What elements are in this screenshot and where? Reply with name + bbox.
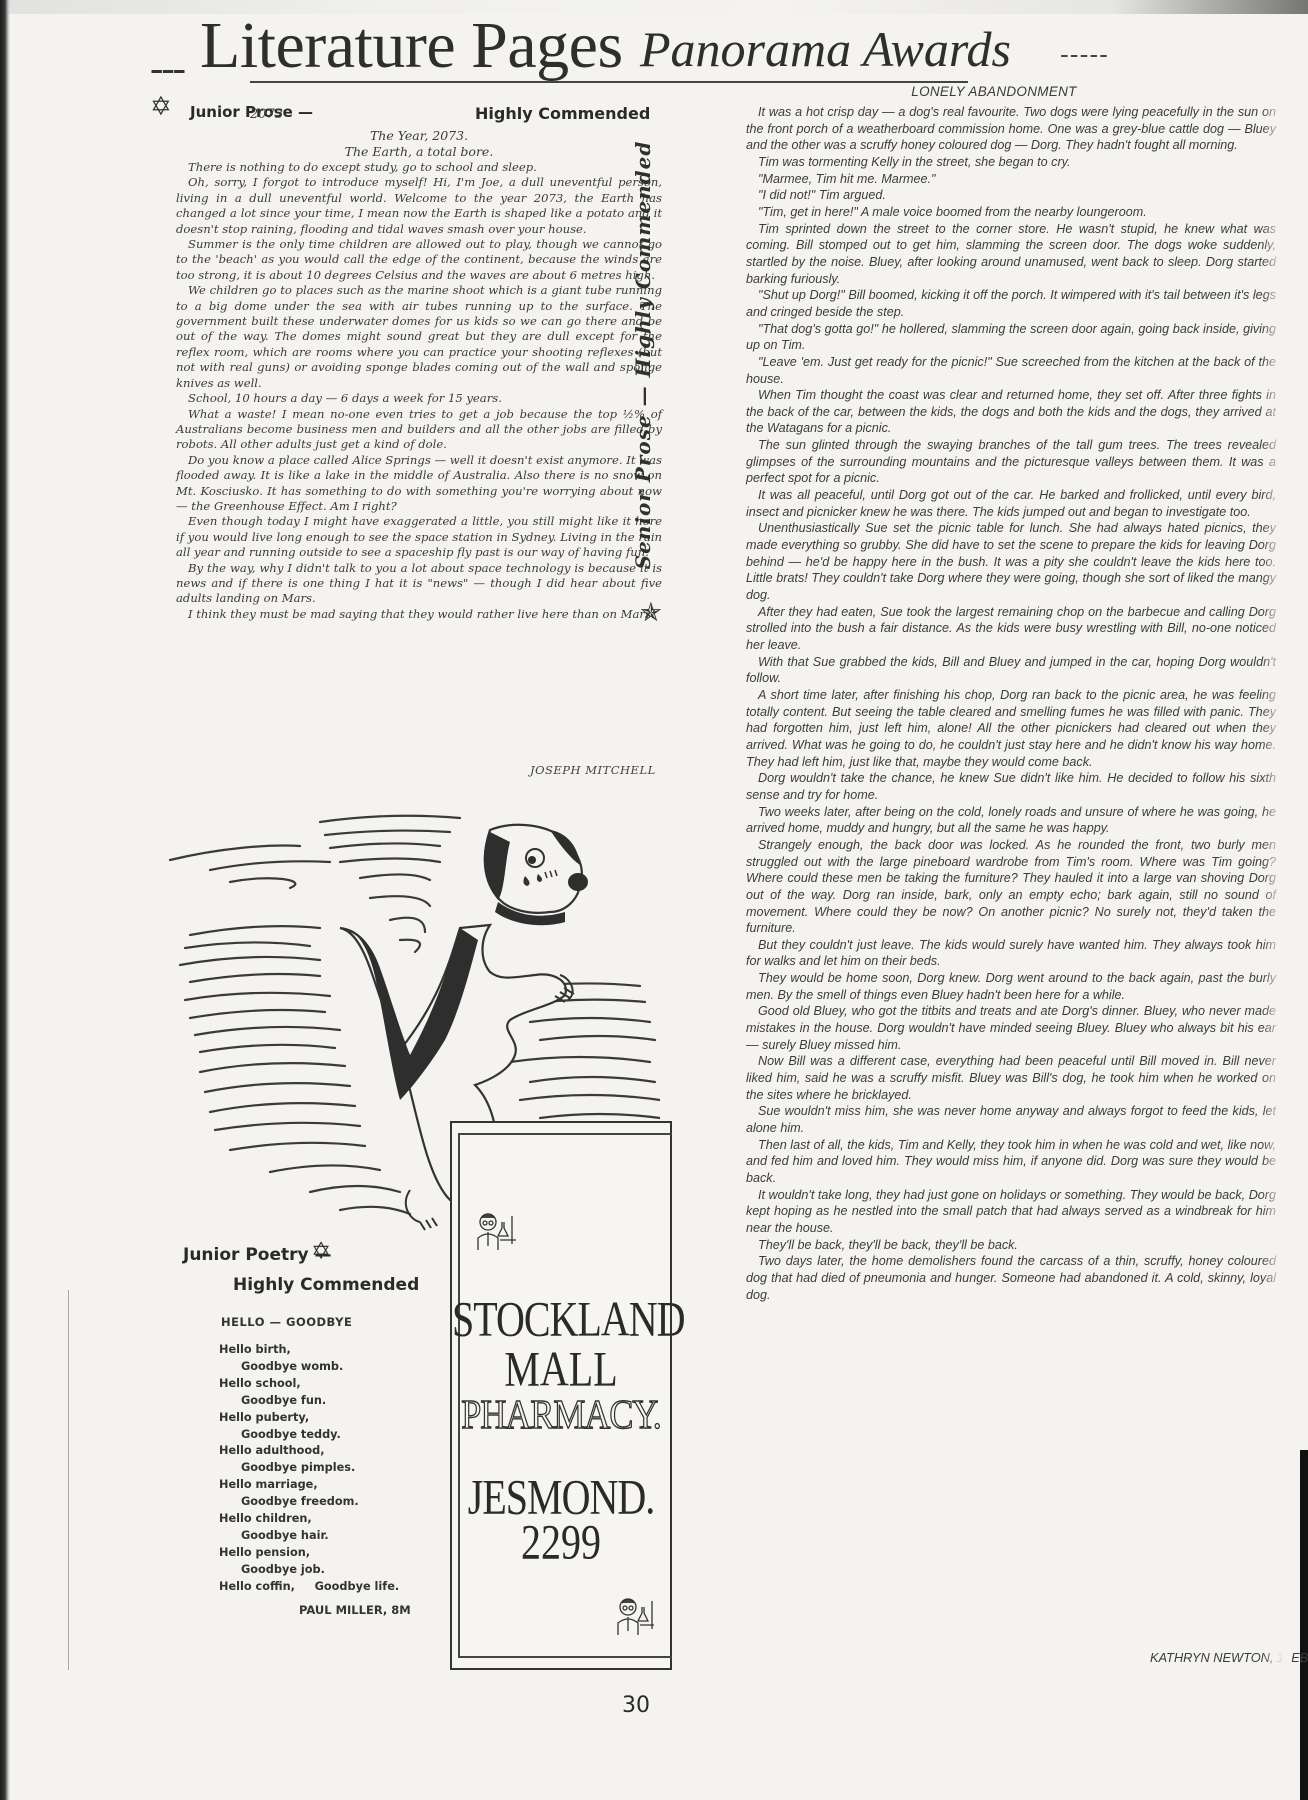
paragraph: There is nothing to do except study, go … bbox=[176, 160, 662, 175]
poem-author: PAUL MILLER, 8M bbox=[299, 1603, 411, 1617]
paragraph: "Leave 'em. Just get ready for the picni… bbox=[746, 354, 1276, 387]
page-number: 30 bbox=[622, 1693, 650, 1718]
paragraph: "I did not!" Tim argued. bbox=[746, 187, 1276, 204]
paragraph: It was a hot crisp day — a dog's real fa… bbox=[746, 104, 1276, 154]
star-icon: ✡ bbox=[150, 92, 172, 122]
paragraph: Summer is the only time children are all… bbox=[176, 237, 662, 283]
paragraph: "Tim, get in here!" A male voice boomed … bbox=[746, 204, 1276, 221]
paragraph: Sue wouldn't miss him, she was never hom… bbox=[746, 1103, 1276, 1136]
junior-prose-year: 2073 bbox=[250, 107, 283, 122]
paragraph: Strangely enough, the back door was lock… bbox=[746, 837, 1276, 937]
junior-poetry-label: Junior Poetry — bbox=[183, 1245, 332, 1265]
paragraph: Two weeks later, after being on the cold… bbox=[746, 804, 1276, 837]
paragraph: It wouldn't take long, they had just gon… bbox=[746, 1187, 1276, 1237]
paragraph: What a waste! I mean no-one even tries t… bbox=[176, 407, 662, 453]
senior-prose-title: LONELY ABANDONMENT bbox=[744, 84, 1244, 99]
page-header: --- Literature Pages Panorama Awards ---… bbox=[150, 14, 1150, 84]
paragraph: Do you know a place called Alice Springs… bbox=[176, 453, 662, 515]
scan-edge-line bbox=[68, 1290, 69, 1670]
scan-edge bbox=[0, 0, 10, 1800]
paragraph: Then last of all, the kids, Tim and Kell… bbox=[746, 1137, 1276, 1187]
star-icon: ✡ bbox=[311, 1237, 331, 1265]
page-subtitle: Panorama Awards bbox=[640, 20, 1011, 78]
paragraph: Two days later, the home demolishers fou… bbox=[746, 1253, 1276, 1303]
ad-line-pharmacy: PHARMACY. bbox=[452, 1390, 670, 1438]
paragraph: By the way, why I didn't talk to you a l… bbox=[176, 561, 662, 607]
star-icon: ✯ bbox=[640, 598, 662, 628]
senior-prose-label: Senior Prose — Highly Commended bbox=[631, 141, 655, 570]
paragraph: Unenthusiastically Sue set the picnic ta… bbox=[746, 520, 1276, 603]
header-dashes-left: --- bbox=[150, 44, 184, 91]
paragraph: Oh, sorry, I forgot to introduce myself!… bbox=[176, 175, 662, 237]
pharmacist-icon bbox=[474, 1208, 518, 1252]
scan-shadow bbox=[0, 0, 1308, 14]
scan-fade-right bbox=[1262, 80, 1292, 1680]
pharmacist-icon bbox=[612, 1593, 656, 1637]
paragraph: With that Sue grabbed the kids, Bill and… bbox=[746, 654, 1276, 687]
paragraph: Even though today I might have exaggerat… bbox=[176, 514, 662, 560]
paragraph: The sun glinted through the swaying bran… bbox=[746, 437, 1276, 487]
pharmacy-advertisement: STOCKLAND MALL PHARMACY. JESMOND. 2299 bbox=[450, 1121, 672, 1670]
paragraph: "That dog's gotta go!" he hollered, slam… bbox=[746, 321, 1276, 354]
senior-prose-story: It was a hot crisp day — a dog's real fa… bbox=[746, 104, 1276, 1303]
junior-prose-heading: ✡ Junior Prose — Highly Commended bbox=[150, 100, 680, 130]
junior-prose-award: Highly Commended bbox=[475, 104, 650, 123]
paragraph: When Tim thought the coast was clear and… bbox=[746, 387, 1276, 437]
paragraph: But they couldn't just leave. The kids w… bbox=[746, 937, 1276, 970]
paragraph: Now Bill was a different case, everythin… bbox=[746, 1053, 1276, 1103]
paragraph: I think they must be mad saying that the… bbox=[176, 607, 662, 622]
senior-prose-vertical-label: Senior Prose — Highly Commended bbox=[625, 105, 665, 605]
paragraph: School, 10 hours a day — 6 days a week f… bbox=[176, 391, 662, 406]
story-intro-line: The Year, 2073. bbox=[176, 128, 662, 144]
poem-title: HELLO — GOODBYE bbox=[221, 1315, 352, 1329]
header-underline bbox=[250, 81, 968, 83]
paragraph: "Marmee, Tim hit me. Marmee." bbox=[746, 171, 1276, 188]
header-dashes-right: ----- bbox=[1060, 40, 1109, 70]
junior-prose-story: The Year, 2073. The Earth, a total bore.… bbox=[176, 128, 662, 622]
paragraph: Dorg wouldn't take the chance, he knew S… bbox=[746, 770, 1276, 803]
paragraph: We children go to places such as the mar… bbox=[176, 283, 662, 391]
paragraph: Tim sprinted down the street to the corn… bbox=[746, 221, 1276, 288]
story-intro-line: The Earth, a total bore. bbox=[176, 144, 662, 160]
paragraph: They'll be back, they'll be back, they'l… bbox=[746, 1237, 1276, 1254]
scan-edge-right bbox=[1300, 1450, 1308, 1800]
page-title: Literature Pages bbox=[200, 8, 623, 84]
ad-line-postcode: 2299 bbox=[452, 1512, 670, 1571]
paragraph: After they had eaten, Sue took the large… bbox=[746, 604, 1276, 654]
paragraph: A short time later, after finishing his … bbox=[746, 687, 1276, 770]
paragraph: It was all peaceful, until Dorg got out … bbox=[746, 487, 1276, 520]
paragraph: They would be home soon, Dorg knew. Dorg… bbox=[746, 970, 1276, 1003]
paragraph: "Shut up Dorg!" Bill boomed, kicking it … bbox=[746, 287, 1276, 320]
junior-poetry-award: Highly Commended bbox=[233, 1275, 419, 1295]
paragraph: Tim was tormenting Kelly in the street, … bbox=[746, 154, 1276, 171]
junior-prose-author: JOSEPH MITCHELL bbox=[530, 763, 656, 777]
paragraph: Good old Bluey, who got the titbits and … bbox=[746, 1003, 1276, 1053]
